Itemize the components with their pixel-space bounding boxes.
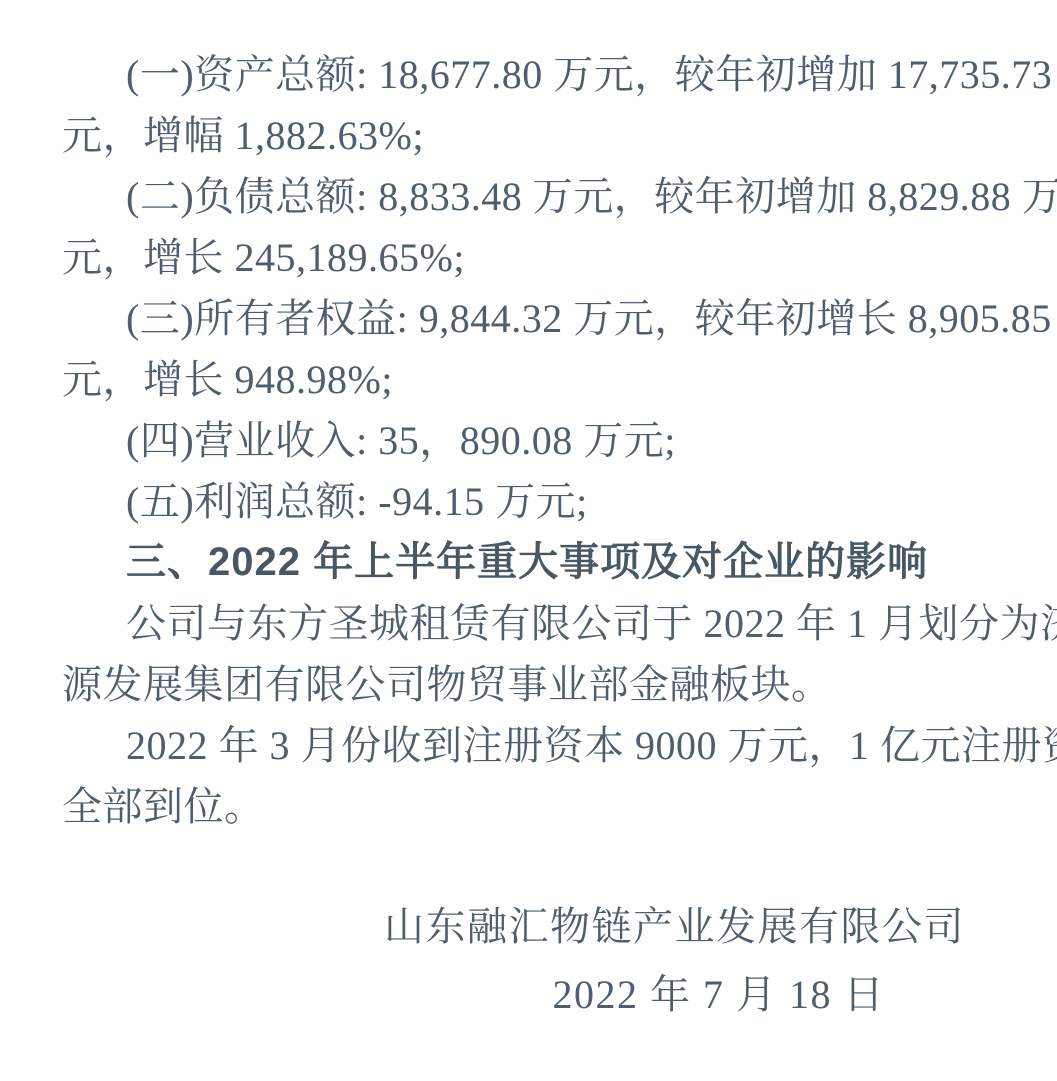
signature-company: 山东融汇物链产业发展有限公司 [384, 893, 965, 961]
document-page: (一)资产总额: 18,677.80 万元，较年初增加 17,735.73 万 … [0, 0, 1057, 1081]
assets-total-line-2: 元，增幅 1,882.63%; [62, 105, 997, 166]
total-profit-line: (五)利润总额: -94.15 万元; [62, 471, 997, 532]
assets-total-line-1: (一)资产总额: 18,677.80 万元，较年初增加 17,735.73 万 [62, 44, 997, 105]
liabilities-total-line-1: (二)负债总额: 8,833.48 万元，较年初增加 8,829.88 万 [62, 166, 997, 227]
owners-equity-line-1: (三)所有者权益: 9,844.32 万元，较年初增长 8,905.85 万 [62, 288, 997, 349]
registered-capital-line-1: 2022 年 3 月份收到注册资本 9000 万元，1 亿元注册资本已 [62, 715, 997, 776]
owners-equity-line-2: 元，增长 948.98%; [62, 349, 997, 410]
operating-revenue-line: (四)营业收入: 35，890.08 万元; [62, 410, 997, 471]
liabilities-total-line-2: 元，增长 245,189.65%; [62, 227, 997, 288]
document-body: (一)资产总额: 18,677.80 万元，较年初增加 17,735.73 万 … [62, 44, 997, 837]
section-heading: 三、2022 年上半年重大事项及对企业的影响 [62, 532, 997, 593]
signature-block: 山东融汇物链产业发展有限公司 2022 年 7 月 18 日 [384, 893, 965, 1029]
registered-capital-line-2: 全部到位。 [62, 776, 997, 837]
major-events-line-2: 源发展集团有限公司物贸事业部金融板块。 [62, 654, 997, 715]
major-events-line-1: 公司与东方圣城租赁有限公司于 2022 年 1 月划分为济宁能 [62, 593, 997, 654]
signature-date: 2022 年 7 月 18 日 [384, 961, 885, 1029]
